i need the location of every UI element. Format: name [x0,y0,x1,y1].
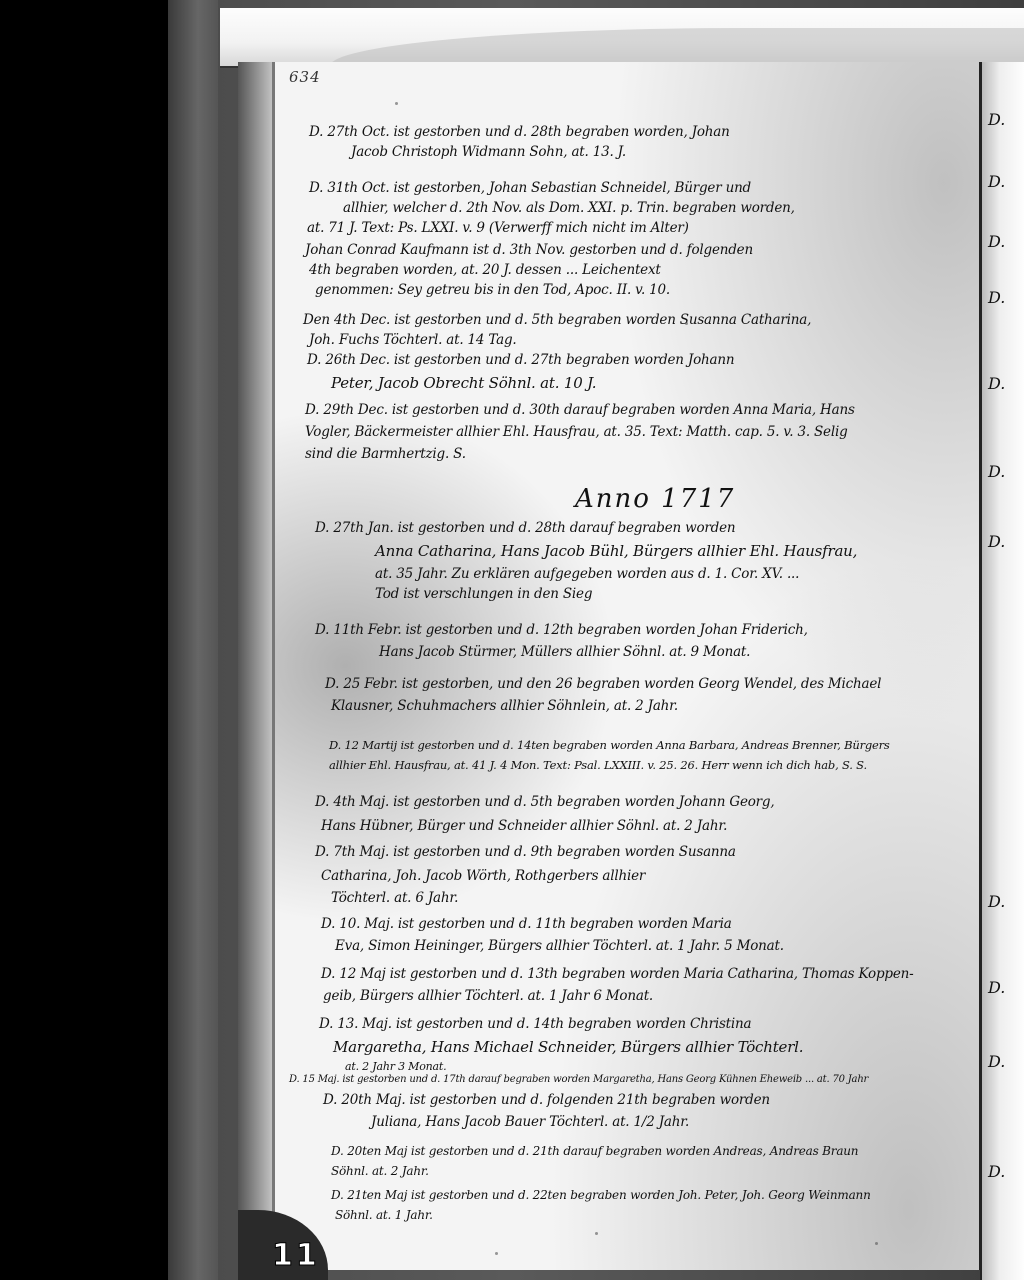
entry-line: D. 12 Maj ist gestorben und d. 13th begr… [321,966,913,982]
entry-line: D. 12 Martij ist gestorben und d. 14ten … [329,738,890,752]
entry-line: D. 11th Febr. ist gestorben und d. 12th … [315,622,808,638]
entry-line: allhier Ehl. Hausfrau, at. 41 J. 4 Mon. … [329,758,867,772]
entry-line: D. 7th Maj. ist gestorben und d. 9th beg… [315,844,736,860]
scanner-black-border [0,0,168,1280]
entry-line: Juliana, Hans Jacob Bauer Töchterl. at. … [371,1114,689,1130]
entry-line: Tod ist verschlungen in den Sieg [375,586,592,602]
margin-mark: D. [988,232,1005,251]
entry-line: Hans Jacob Stürmer, Müllers allhier Söhn… [379,644,750,660]
margin-mark: D. [988,462,1005,481]
entry-line: D. 25 Febr. ist gestorben, und den 26 be… [325,676,881,692]
margin-mark: D. [988,532,1005,551]
entry-line: D. 27th Jan. ist gestorben und d. 28th d… [315,520,735,536]
entry-line: Joh. Fuchs Töchterl. at. 14 Tag. [309,332,517,348]
margin-mark: D. [988,172,1005,191]
entry-line: sind die Barmhertzig. S. [305,446,466,462]
entry-line: at. 35 Jahr. Zu erklären aufgegeben word… [375,566,799,582]
year-heading: Anno 1717 [575,484,735,514]
entry-line: D. 13. Maj. ist gestorben und d. 14th be… [319,1016,751,1032]
register-page: 634 D. 27th Oct. ist gestorben und d. 28… [272,62,982,1270]
entry-line: Jacob Christoph Widmann Sohn, at. 13. J. [351,144,626,160]
entry-line: D. 31th Oct. ist gestorben, Johan Sebast… [309,180,751,196]
entry-line: D. 29th Dec. ist gestorben und d. 30th d… [305,402,855,418]
entry-line: geib, Bürgers allhier Töchterl. at. 1 Ja… [323,988,653,1004]
entry-line: genommen: Sey getreu bis in den Tod, Apo… [315,282,670,298]
entry-line: Söhnl. at. 1 Jahr. [335,1208,433,1222]
facing-page-edge: D. D. D. D. D. D. D. D. D. D. D. [980,62,1024,1280]
entry-line: Peter, Jacob Obrecht Söhnl. at. 10 J. [331,374,596,392]
entry-line: Catharina, Joh. Jacob Wörth, Rothgerbers… [321,868,645,884]
entry-line: allhier, welcher d. 2th Nov. als Dom. XX… [343,200,795,216]
margin-mark: D. [988,892,1005,911]
margin-mark: D. [988,110,1005,129]
entry-line: Eva, Simon Heininger, Bürgers allhier Tö… [335,938,784,954]
entry-line: D. 10. Maj. ist gestorben und d. 11th be… [321,916,732,932]
paper-speck [395,102,398,105]
book-binding [168,0,218,1280]
paper-speck [685,322,688,325]
paper-speck [875,1242,878,1245]
entry-line: D. 26th Dec. ist gestorben und d. 27th b… [307,352,734,368]
entry-line: at. 71 J. Text: Ps. LXXI. v. 9 (Verwerff… [307,220,689,236]
entry-line: Hans Hübner, Bürger und Schneider allhie… [321,818,727,834]
entry-line: Söhnl. at. 2 Jahr. [331,1164,429,1178]
corner-marker: 11 [272,1238,320,1273]
entry-line: Den 4th Dec. ist gestorben und d. 5th be… [303,312,811,328]
margin-mark: D. [988,374,1005,393]
margin-mark: D. [988,1162,1005,1181]
margin-mark: D. [988,1052,1005,1071]
margin-mark: D. [988,978,1005,997]
entry-line: at. 2 Jahr 3 Monat. [345,1060,446,1073]
entry-line: Töchterl. at. 6 Jahr. [331,890,458,906]
entry-line: Vogler, Bäckermeister allhier Ehl. Hausf… [305,424,848,440]
entry-line: D. 4th Maj. ist gestorben und d. 5th beg… [315,794,774,810]
entry-line: Klausner, Schuhmachers allhier Söhnlein,… [331,698,678,714]
entries-container: D. 27th Oct. ist gestorben und d. 28th b… [275,62,979,1270]
entry-line: D. 20ten Maj ist gestorben und d. 21th d… [331,1144,858,1158]
entry-line: Johan Conrad Kaufmann ist d. 3th Nov. ge… [305,242,753,258]
paper-speck [495,1252,498,1255]
paper-speck [595,1232,598,1235]
page-gutter-shadow [238,62,274,1270]
entry-line: D. 21ten Maj ist gestorben und d. 22ten … [331,1188,871,1202]
entry-line: Margaretha, Hans Michael Schneider, Bürg… [333,1038,803,1056]
margin-mark: D. [988,288,1005,307]
entry-line: 4th begraben worden, at. 20 J. dessen ..… [309,262,661,278]
entry-line: D. 15 Maj. ist gestorben und d. 17th dar… [289,1074,868,1085]
entry-line: D. 20th Maj. ist gestorben und d. folgen… [323,1092,770,1108]
entry-line: D. 27th Oct. ist gestorben und d. 28th b… [309,124,730,140]
entry-line: Anna Catharina, Hans Jacob Bühl, Bürgers… [375,542,857,560]
